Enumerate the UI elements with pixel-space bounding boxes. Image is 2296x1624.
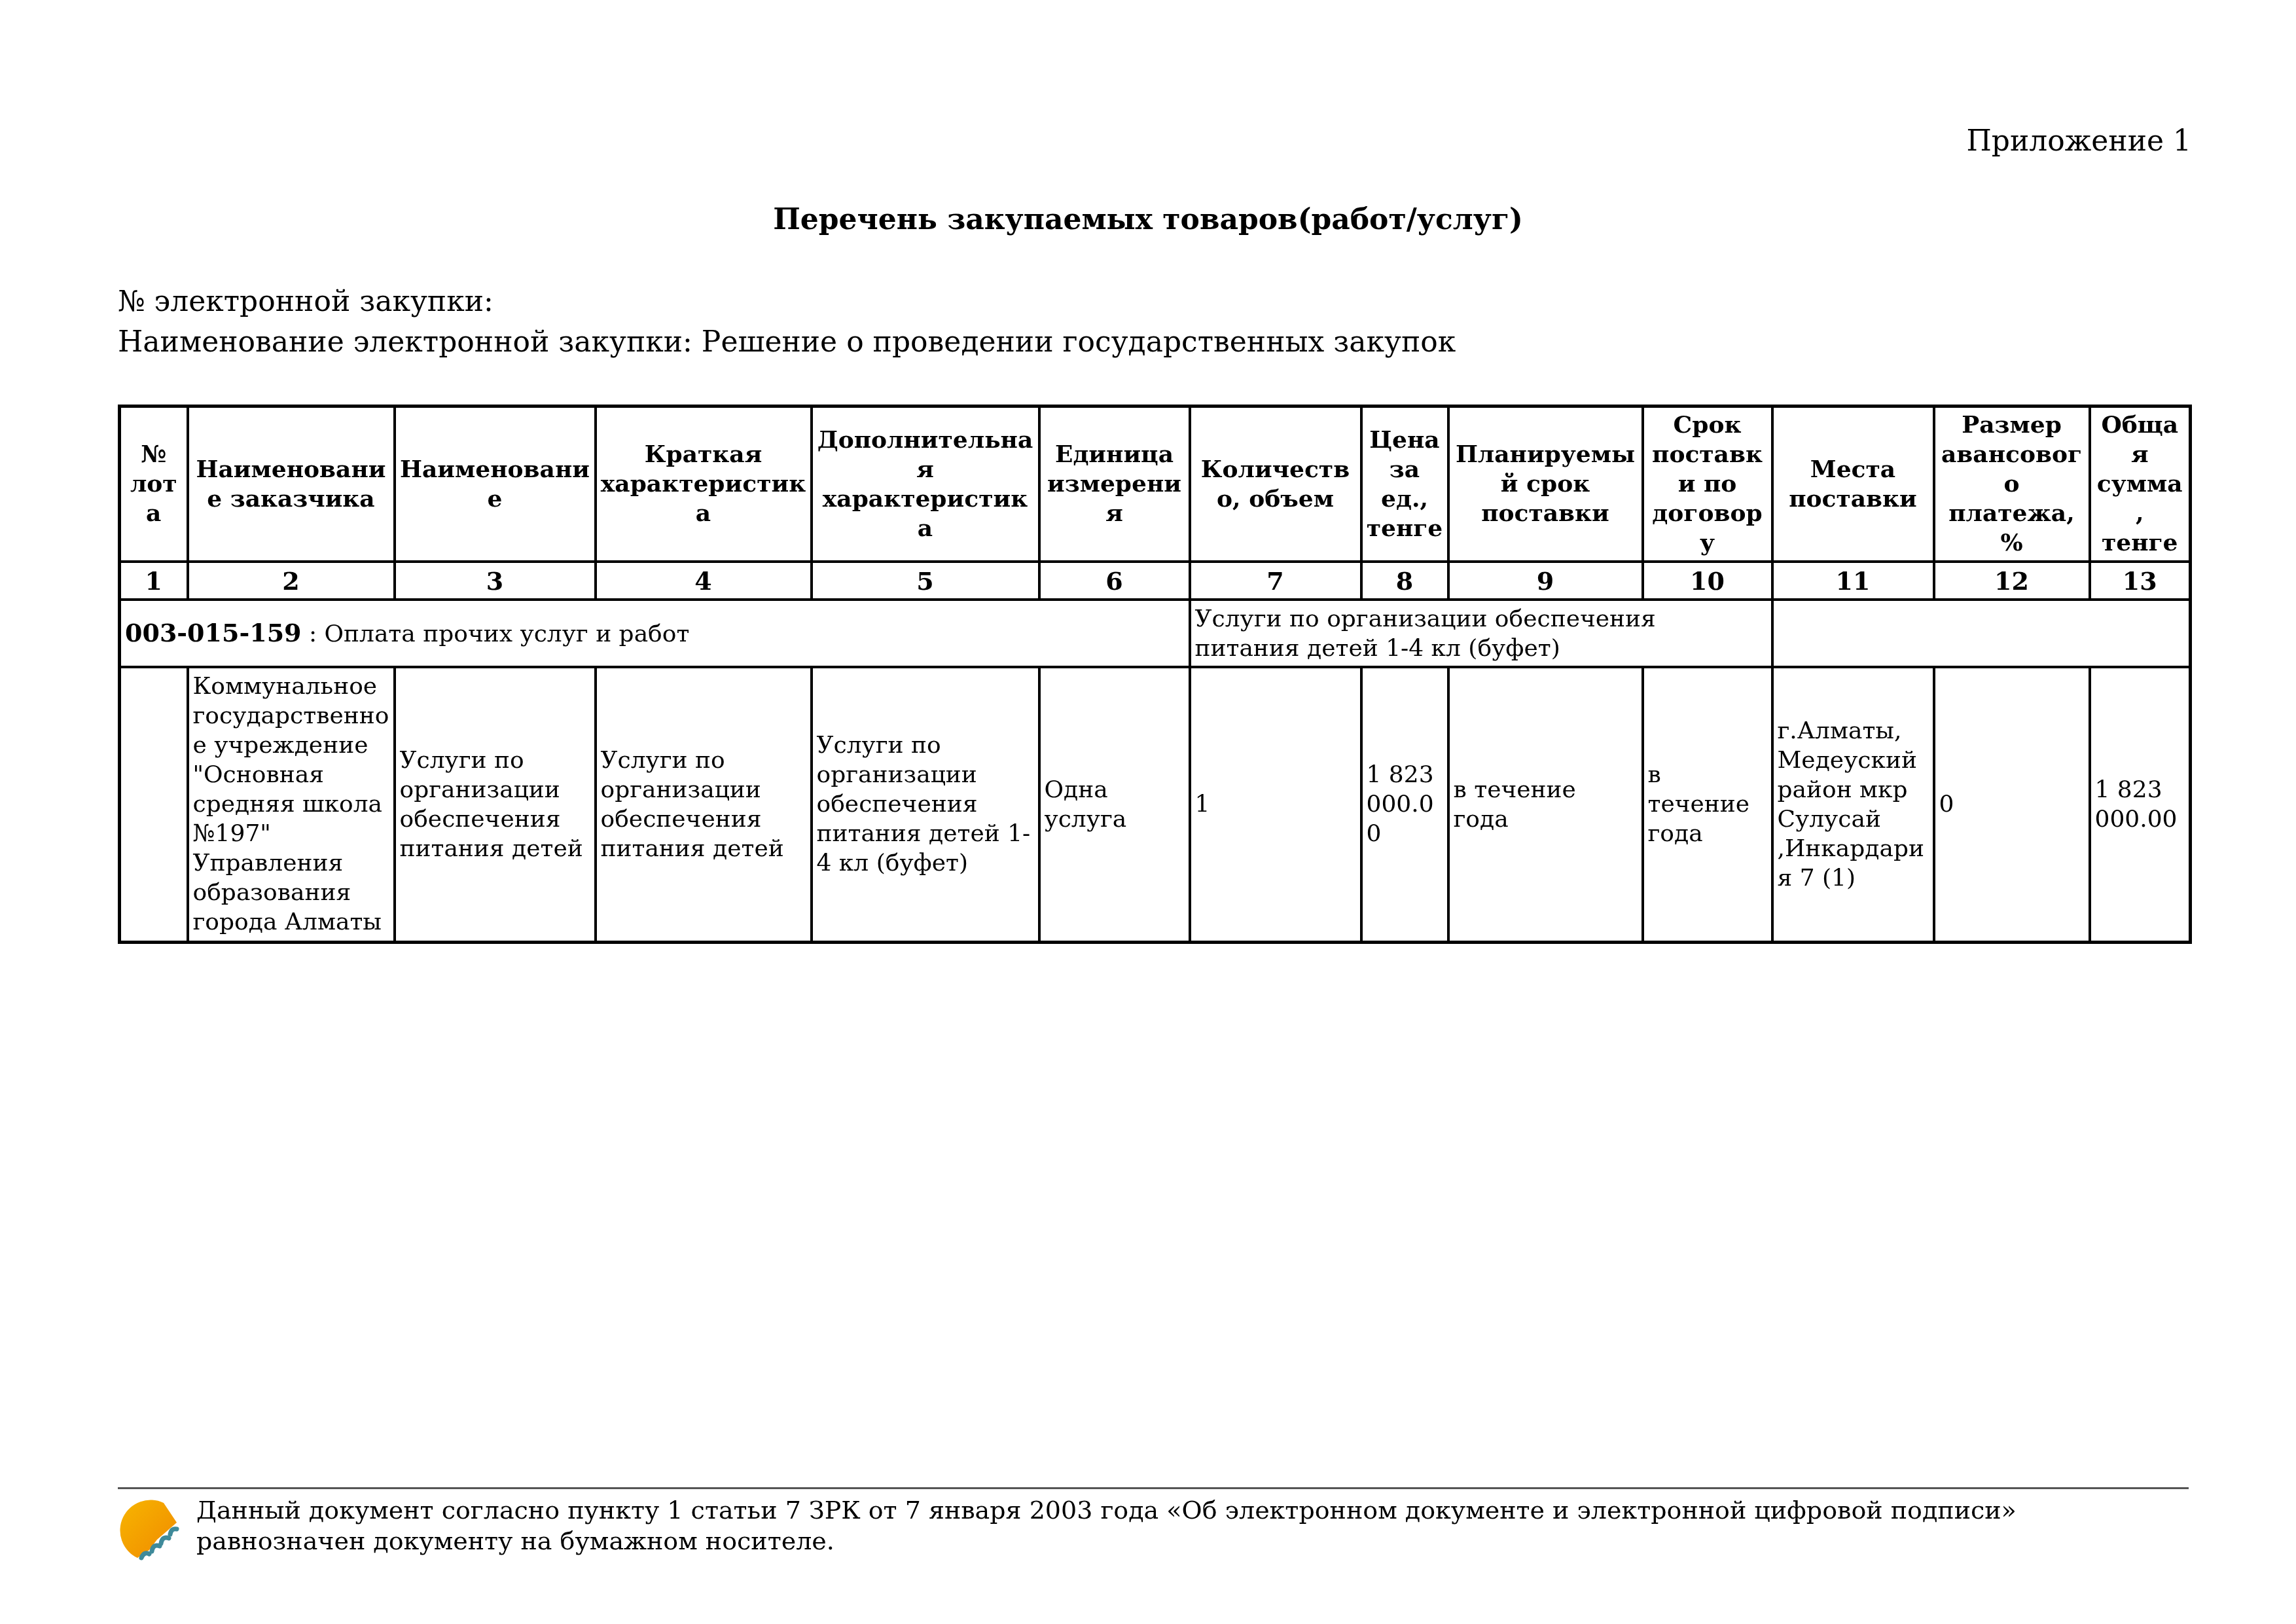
budget-separator: : — [302, 621, 325, 647]
appendix-label: Приложение 1 — [1967, 124, 2192, 158]
col-number: 7 — [1190, 562, 1361, 600]
table-row: Коммунальное государственное учреждение … — [120, 667, 2191, 942]
budget-group-row: 003-015-159 : Оплата прочих услуг и рабо… — [120, 600, 2191, 667]
col-number: 3 — [395, 562, 596, 600]
cell-unit: Одна услуга — [1039, 667, 1190, 942]
col-header-delivery-place: Места поставки — [1772, 406, 1934, 562]
cell-additional-description: Услуги по организации обеспечения питани… — [812, 667, 1039, 942]
col-header-contract-delivery: Срок поставки по договору — [1643, 406, 1772, 562]
budget-name: Оплата прочих услуг и работ — [325, 621, 690, 647]
col-number: 13 — [2090, 562, 2191, 600]
procurement-name-label: Наименование электронной закупки: Решени… — [118, 325, 1456, 359]
group-extra — [1772, 600, 2191, 667]
col-number: 6 — [1039, 562, 1190, 600]
col-number: 4 — [596, 562, 812, 600]
col-header-customer: Наименование заказчика — [188, 406, 395, 562]
col-header-planned-delivery: Планируемый срок поставки — [1448, 406, 1643, 562]
col-number: 10 — [1643, 562, 1772, 600]
column-number-row: 1 2 3 4 5 6 7 8 9 10 11 12 13 — [120, 562, 2191, 600]
cell-planned-delivery: в течение года — [1448, 667, 1643, 942]
group-description: Услуги по организации обеспечения питани… — [1190, 600, 1772, 667]
col-header-advance-percent: Размер авансового платежа, % — [1934, 406, 2090, 562]
col-number: 8 — [1361, 562, 1448, 600]
egov-sun-logo-icon — [118, 1498, 183, 1563]
cell-lot-number — [120, 667, 188, 942]
col-number: 2 — [188, 562, 395, 600]
cell-total: 1 823 000.00 — [2090, 667, 2191, 942]
lots-table: № лота Наименование заказчика Наименован… — [118, 405, 2192, 944]
cell-unit-price: 1 823 000.00 — [1361, 667, 1448, 942]
col-number: 1 — [120, 562, 188, 600]
cell-advance-percent: 0 — [1934, 667, 2090, 942]
col-number: 12 — [1934, 562, 2090, 600]
footer-divider — [118, 1487, 2189, 1489]
cell-quantity: 1 — [1190, 667, 1361, 942]
cell-name: Услуги по организации обеспечения питани… — [395, 667, 596, 942]
cell-customer: Коммунальное государственное учреждение … — [188, 667, 395, 942]
col-header-additional-description: Дополнительная характеристика — [812, 406, 1039, 562]
col-header-total: Общая сумма, тенге — [2090, 406, 2191, 562]
budget-group-cell: 003-015-159 : Оплата прочих услуг и рабо… — [120, 600, 1190, 667]
document-title: Перечень закупаемых товаров(работ/услуг) — [0, 203, 2296, 236]
col-number: 11 — [1772, 562, 1934, 600]
col-header-short-description: Краткая характеристика — [596, 406, 812, 562]
col-number: 5 — [812, 562, 1039, 600]
col-header-unit-price: Цена за ед., тенге — [1361, 406, 1448, 562]
table-header-row: № лота Наименование заказчика Наименован… — [120, 406, 2191, 562]
cell-delivery-place: г.Алматы, Медеуский район мкр Сулусай ,И… — [1772, 667, 1934, 942]
footer-legal-text: Данный документ согласно пункту 1 статьи… — [196, 1494, 2189, 1557]
footer: Данный документ согласно пункту 1 статьи… — [118, 1494, 2189, 1563]
col-header-name: Наименование — [395, 406, 596, 562]
col-header-unit: Единица измерения — [1039, 406, 1190, 562]
col-header-quantity: Количество, объем — [1190, 406, 1361, 562]
col-header-lot-number: № лота — [120, 406, 188, 562]
cell-short-description: Услуги по организации обеспечения питани… — [596, 667, 812, 942]
cell-contract-delivery: в течение года — [1643, 667, 1772, 942]
procurement-number-label: № электронной закупки: — [118, 285, 493, 318]
col-number: 9 — [1448, 562, 1643, 600]
budget-code: 003-015-159 — [125, 618, 302, 647]
